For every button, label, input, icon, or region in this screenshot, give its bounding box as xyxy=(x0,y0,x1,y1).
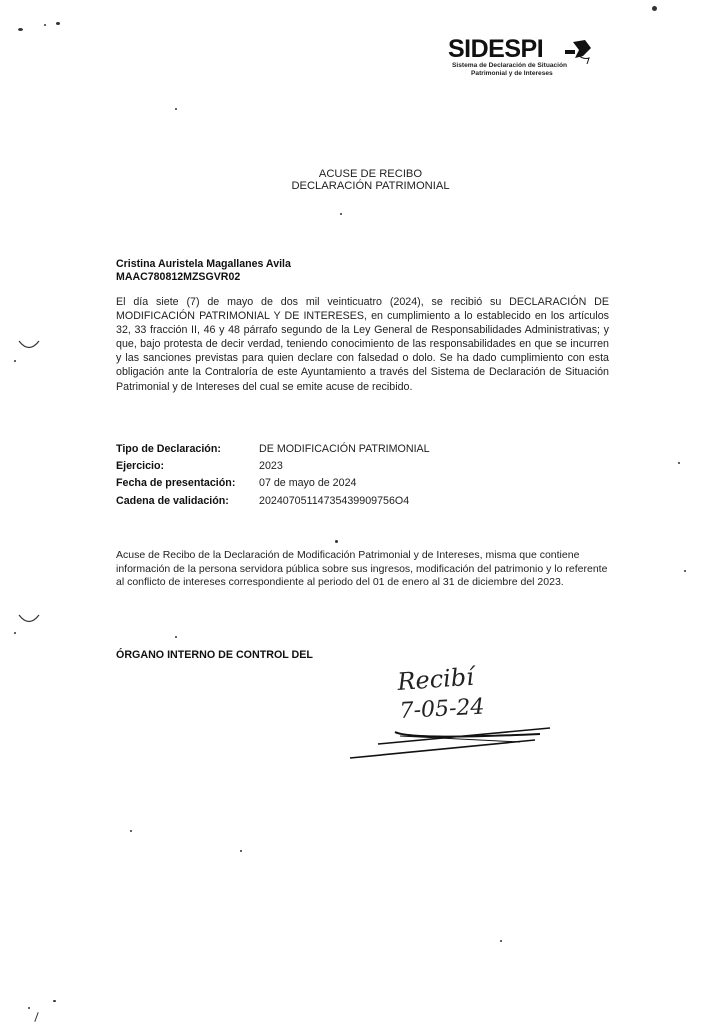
scan-speck xyxy=(175,108,177,110)
field-label: Tipo de Declaración: xyxy=(116,441,259,458)
field-row: Cadena de validación: 202407051147354399… xyxy=(116,493,430,510)
closing-paragraph: Acuse de Recibo de la Declaración de Mod… xyxy=(116,549,616,590)
field-row: Tipo de Declaración: DE MODIFICACIÓN PAT… xyxy=(116,441,430,458)
field-value: 07 de mayo de 2024 xyxy=(259,475,356,492)
handwritten-signature: Recibí 7-05-24 xyxy=(340,648,580,768)
document-title: ACUSE DE RECIBO xyxy=(8,168,725,180)
scan-speck xyxy=(34,1012,38,1022)
scan-speck xyxy=(335,540,338,543)
scan-speck xyxy=(44,24,46,26)
declaration-fields: Tipo de Declaración: DE MODIFICACIÓN PAT… xyxy=(116,441,430,510)
field-row: Ejercicio: 2023 xyxy=(116,458,430,475)
scan-speck xyxy=(500,940,502,942)
sidespi-logo: SIDESPI Sistema de Declaración de Situac… xyxy=(448,36,598,78)
scan-speck xyxy=(175,636,177,638)
declarant-name: Cristina Auristela Magallanes Avila xyxy=(116,258,291,271)
scan-speck xyxy=(130,830,132,832)
scan-speck xyxy=(240,850,242,852)
field-row: Fecha de presentación: 07 de mayo de 202… xyxy=(116,475,430,492)
field-value: 2023 xyxy=(259,458,283,475)
body-paragraph: El día siete (7) de mayo de dos mil vein… xyxy=(116,295,609,394)
scan-speck xyxy=(18,28,23,31)
declarant-rfc: MAAC780812MZSGVR02 xyxy=(116,271,291,284)
scan-speck xyxy=(684,570,686,572)
scan-speck xyxy=(56,22,60,25)
scan-speck xyxy=(53,1000,56,1002)
document-subtitle: DECLARACIÓN PATRIMONIAL xyxy=(8,180,725,192)
scan-speck xyxy=(340,213,342,215)
scan-mark xyxy=(14,610,44,630)
organ-label: ÓRGANO INTERNO DE CONTROL DEL xyxy=(116,649,313,661)
scan-speck xyxy=(14,360,16,362)
logo-subtitle-line2: Patrimonial y de Intereses xyxy=(471,70,598,78)
handwritten-received: Recibí xyxy=(395,662,478,696)
field-label: Cadena de validación: xyxy=(116,493,259,510)
scan-speck xyxy=(678,462,680,464)
field-value: 20240705114735439909756O4 xyxy=(259,493,409,510)
field-label: Fecha de presentación: xyxy=(116,475,259,492)
scan-mark xyxy=(14,336,44,356)
arrow-hand-icon xyxy=(563,36,593,66)
document-page: SIDESPI Sistema de Declaración de Situac… xyxy=(0,0,725,1024)
scan-speck xyxy=(28,1007,30,1009)
scan-speck xyxy=(652,6,657,11)
scan-speck xyxy=(14,632,16,634)
logo-wordmark: SIDESPI xyxy=(448,36,543,62)
field-value: DE MODIFICACIÓN PATRIMONIAL xyxy=(259,441,430,458)
field-label: Ejercicio: xyxy=(116,458,259,475)
declarant-block: Cristina Auristela Magallanes Avila MAAC… xyxy=(116,258,291,284)
handwritten-date: 7-05-24 xyxy=(399,695,485,724)
